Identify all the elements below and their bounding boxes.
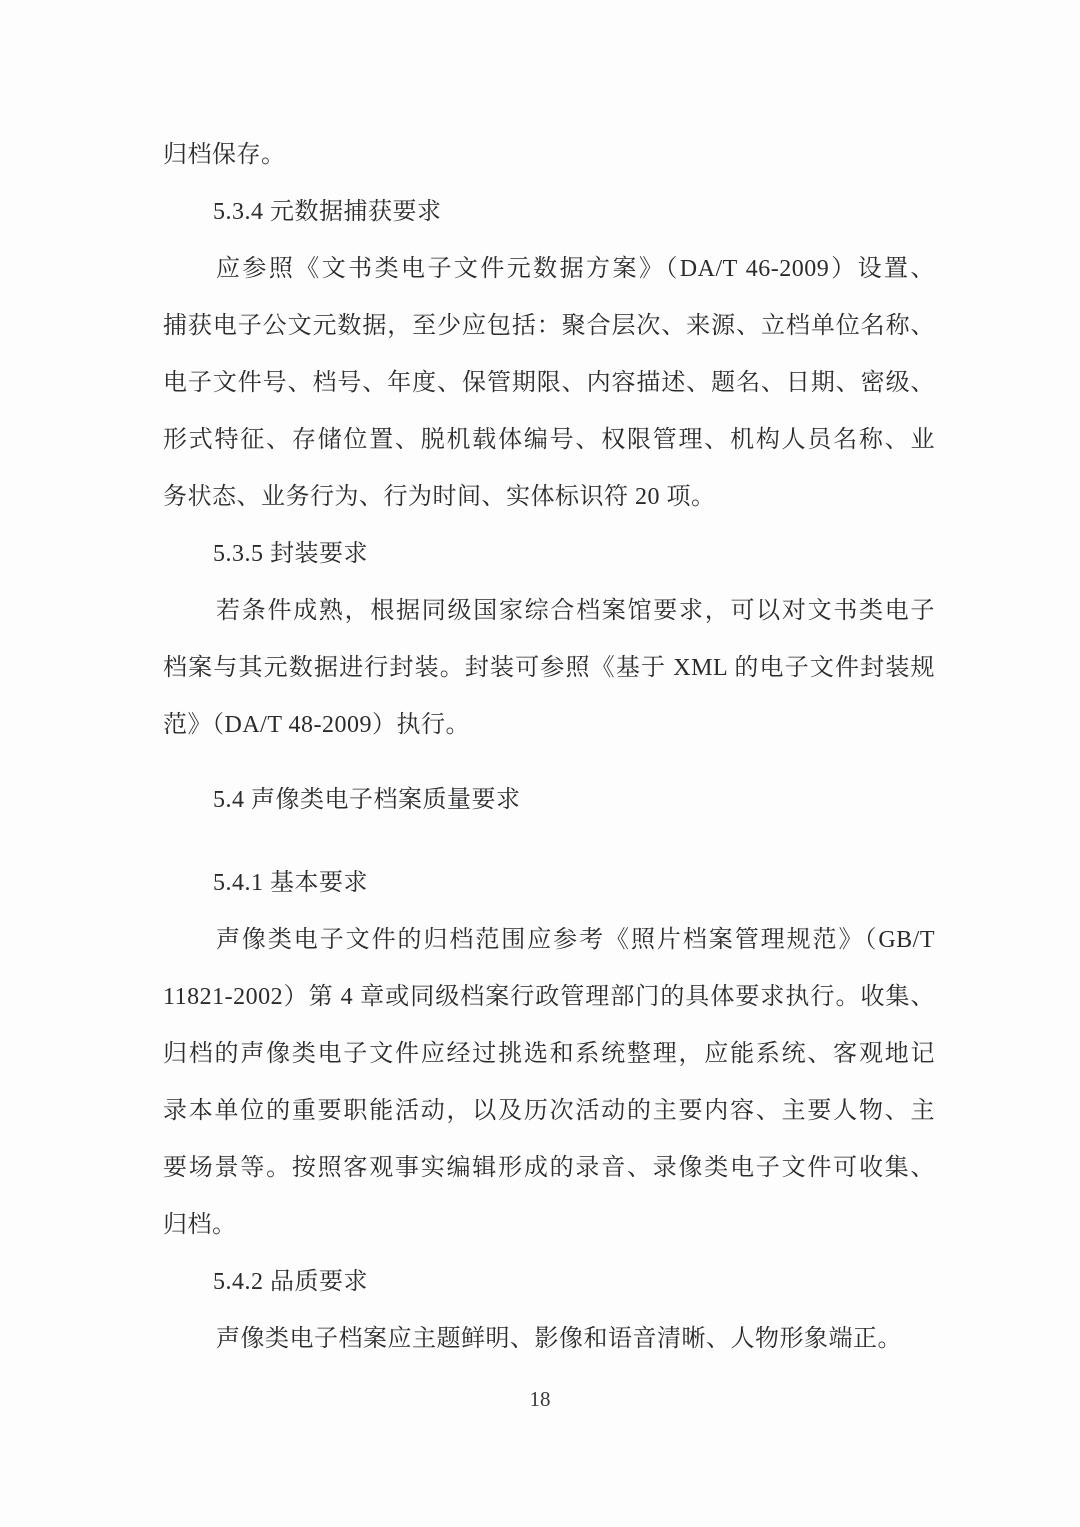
paragraph-line: 应参照《文书类电子文件元数据方案》（DA/T 46-2009）设置、 xyxy=(163,241,935,298)
page-number: 18 xyxy=(0,1384,1080,1414)
paragraph-line: 档案与其元数据进行封装。封装可参照《基于 XML 的电子文件封装规 xyxy=(163,640,935,697)
paragraph-line: 若条件成熟，根据同级国家综合档案馆要求，可以对文书类电子 xyxy=(163,583,935,640)
paragraph-line: 捕获电子公文元数据，至少应包括：聚合层次、来源、立档单位名称、 xyxy=(163,298,935,355)
heading-5-4-2: 5.4.2 品质要求 xyxy=(163,1254,935,1311)
paragraph-line: 录本单位的重要职能活动，以及历次活动的主要内容、主要人物、主 xyxy=(163,1083,935,1140)
document-body: 归档保存。 5.3.4 元数据捕获要求 应参照《文书类电子文件元数据方案》（DA… xyxy=(163,127,935,1368)
paragraph-line: 务状态、业务行为、行为时间、实体标识符 20 项。 xyxy=(163,469,935,526)
paragraph-line: 归档保存。 xyxy=(163,127,935,184)
paragraph-line: 归档。 xyxy=(163,1197,935,1254)
paragraph-line: 声像类电子档案应主题鲜明、影像和语音清晰、人物形象端正。 xyxy=(163,1311,935,1368)
paragraph-line: 声像类电子文件的归档范围应参考《照片档案管理规范》（GB/T xyxy=(163,912,935,969)
heading-5-4-1: 5.4.1 基本要求 xyxy=(163,855,935,912)
paragraph-line: 归档的声像类电子文件应经过挑选和系统整理，应能系统、客观地记 xyxy=(163,1026,935,1083)
paragraph-line: 电子文件号、档号、年度、保管期限、内容描述、题名、日期、密级、 xyxy=(163,355,935,412)
paragraph-line: 形式特征、存储位置、脱机载体编号、权限管理、机构人员名称、业 xyxy=(163,412,935,469)
document-page: 归档保存。 5.3.4 元数据捕获要求 应参照《文书类电子文件元数据方案》（DA… xyxy=(0,0,1080,1527)
paragraph-line: 范》（DA/T 48-2009）执行。 xyxy=(163,697,935,754)
heading-5-3-4: 5.3.4 元数据捕获要求 xyxy=(163,184,935,241)
paragraph-line: 要场景等。按照客观事实编辑形成的录音、录像类电子文件可收集、 xyxy=(163,1140,935,1197)
heading-5-4: 5.4 声像类电子档案质量要求 xyxy=(163,772,935,829)
heading-5-3-5: 5.3.5 封装要求 xyxy=(163,526,935,583)
paragraph-line: 11821-2002）第 4 章或同级档案行政管理部门的具体要求执行。收集、 xyxy=(163,969,935,1026)
